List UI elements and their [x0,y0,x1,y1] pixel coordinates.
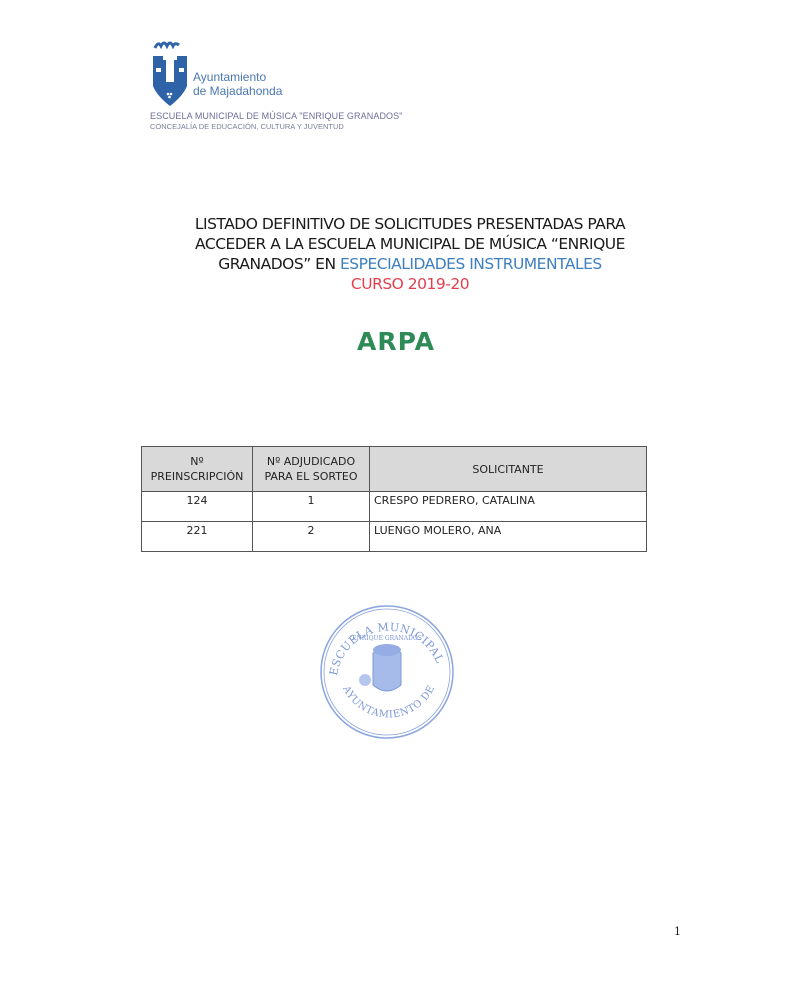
org-name-line2: de Majadahonda [193,84,282,98]
title-line2: ACCEDER A LA ESCUELA MUNICIPAL DE MÚSICA… [150,234,670,254]
table-header-row: NºPREINSCRIPCIÓN Nº ADJUDICADOPARA EL SO… [142,447,647,492]
svg-text:"ENRIQUE GRANADOS": "ENRIQUE GRANADOS" [349,635,425,642]
cell-preinscripcion: 124 [142,492,253,522]
title-line3: GRANADOS” EN ESPECIALIDADES INSTRUMENTAL… [150,254,670,274]
table-row: 124 1 CRESPO PEDRERO, CATALINA [142,492,647,522]
table-row: 221 2 LUENGO MOLERO, ANA [142,522,647,552]
official-stamp-icon: ESCUELA MUNICIPAL DE MÚSICA AYUNTAMIENTO… [315,598,460,743]
majadahonda-coat-of-arms-icon [150,38,190,108]
cell-preinscripcion: 221 [142,522,253,552]
org-name: Ayuntamiento de Majadahonda [193,70,282,98]
cell-adjudicado: 2 [253,522,370,552]
cell-solicitante: CRESPO PEDRERO, CATALINA [370,492,647,522]
page-number: 1 [674,925,681,938]
title-line1: LISTADO DEFINITIVO DE SOLICITUDES PRESEN… [150,214,670,234]
school-name: ESCUELA MUNICIPAL DE MÚSICA "ENRIQUE GRA… [150,111,403,121]
specialty-highlight: ESPECIALIDADES INSTRUMENTALES [340,255,602,273]
cell-solicitante: LUENGO MOLERO, ANA [370,522,647,552]
instrument-heading: ARPA [0,327,792,356]
header-solicitante: SOLICITANTE [370,447,647,492]
document-title: LISTADO DEFINITIVO DE SOLICITUDES PRESEN… [150,214,670,294]
org-name-line1: Ayuntamiento [193,70,282,84]
header-preinscripcion: NºPREINSCRIPCIÓN [142,447,253,492]
course-label: CURSO 2019-20 [150,274,670,294]
council-name: CONCEJALÍA DE EDUCACIÓN, CULTURA Y JUVEN… [150,122,344,131]
applicants-table: NºPREINSCRIPCIÓN Nº ADJUDICADOPARA EL SO… [141,446,647,552]
cell-adjudicado: 1 [253,492,370,522]
title-line3-prefix: GRANADOS” EN [218,255,340,273]
header-adjudicado: Nº ADJUDICADOPARA EL SORTEO [253,447,370,492]
